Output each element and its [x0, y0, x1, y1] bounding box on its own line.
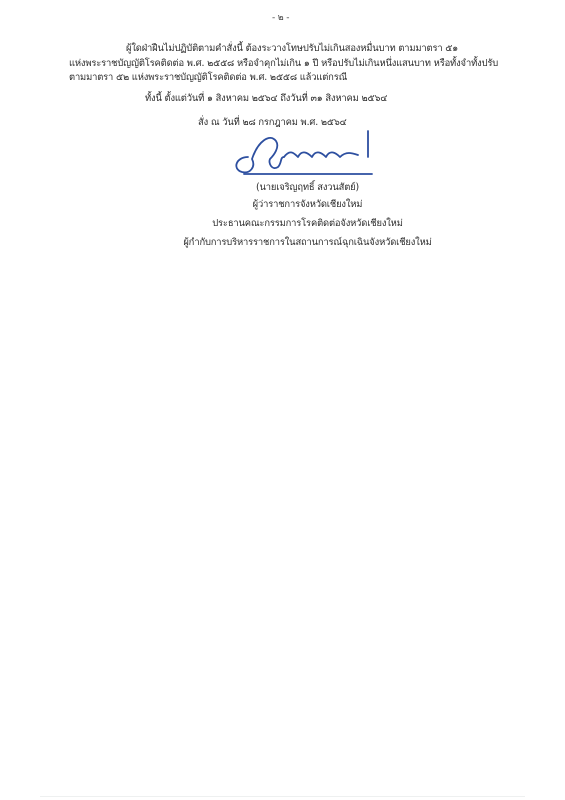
penalty-paragraph-line-1: ผู้ใดฝ่าฝืนไม่ปฏิบัติตามคำสั่งนี้ ต้องระ… — [126, 43, 458, 55]
page-bottom-edge — [40, 796, 525, 797]
signatory-title-emergency-admin: ผู้กำกับการบริหารราชการในสถานการณ์ฉุกเฉิ… — [0, 237, 565, 249]
penalty-paragraph-line-3: ตามมาตรา ๕๒ แห่งพระราชบัญญัติโรคติดต่อ พ… — [69, 72, 347, 84]
penalty-paragraph-line-2: แห่งพระราชบัญญัติโรคติดต่อ พ.ศ. ๒๕๕๘ หรื… — [69, 58, 498, 70]
document-page: - ๒ - ผู้ใดฝ่าฝืนไม่ปฏิบัติตามคำสั่งนี้ … — [0, 0, 565, 800]
page-number: - ๒ - — [272, 12, 289, 24]
signatory-title-committee-chair: ประธานคณะกรรมการโรคติดต่อจังหวัดเชียงใหม… — [0, 218, 565, 230]
signatory-title-governor: ผู้ว่าราชการจังหวัดเชียงใหม่ — [0, 199, 565, 211]
signature-icon — [228, 127, 378, 177]
effective-period: ทั้งนี้ ตั้งแต่วันที่ ๑ สิงหาคม ๒๕๖๔ ถึง… — [145, 93, 387, 105]
signatory-name: (นายเจริญฤทธิ์ สงวนสัตย์) — [0, 182, 565, 194]
